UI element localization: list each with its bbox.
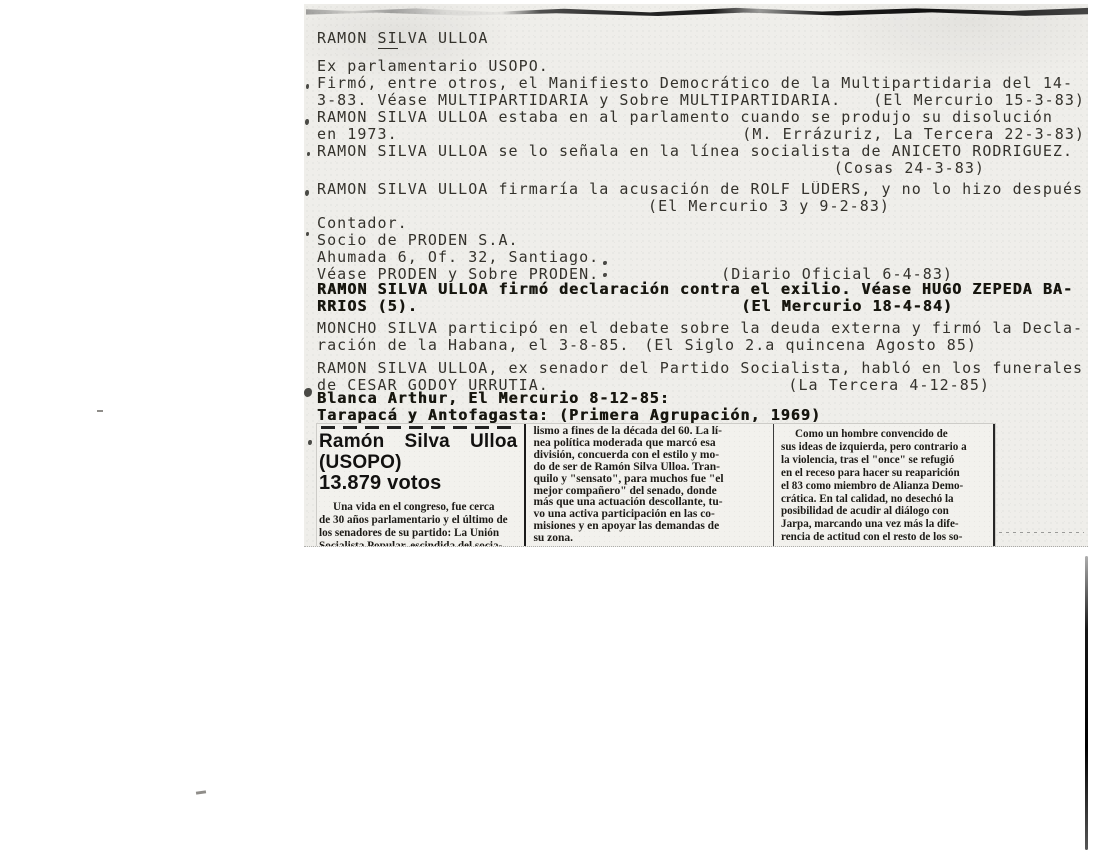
typed-paragraph: RAMON SILVA ULLOA firmó declaración cont…: [317, 281, 1085, 315]
typed-line-text: RAMON SILVA ULLOA se lo señala en la lín…: [317, 143, 1073, 160]
scan-speck: [305, 190, 309, 196]
clipping-body-line: misiones y en apoyar las demandas de: [533, 521, 766, 533]
typed-line: RAMON SILVA ULLOA firmó declaración cont…: [317, 281, 1085, 298]
clipping-body-line: el 83 como miembro de Alianza Demo-: [781, 480, 989, 493]
clipping-headline-party: (USOPO): [319, 452, 519, 473]
typed-paragraphs: Ex parlamentario USOPO.Firmó, entre otro…: [317, 58, 1085, 424]
headline-word: Ramón: [319, 431, 384, 452]
scan-dotted-line: [992, 532, 1084, 533]
clipping-body-line: vo una activa participación en las co-: [533, 509, 766, 521]
clipping-body-line: quilo y "sensato", para muchos fue "el: [533, 474, 766, 486]
typed-line: Ahumada 6, Of. 32, Santiago.: [317, 249, 1085, 266]
clipping-body-line: do de ser de Ramón Silva Ulloa. Tran-: [533, 462, 766, 474]
scan-speck: [306, 232, 309, 236]
typed-line: en 1973.(M. Errázuriz, La Tercera 22-3-8…: [317, 126, 1085, 143]
clipping-body-line: Socialista Popular, escindida del socia-: [319, 540, 519, 547]
typed-line: RAMON SILVA ULLOA estaba en al parlament…: [317, 109, 1085, 126]
typed-line: (Cosas 24-3-83): [317, 160, 1085, 177]
clipping-body-line: su zona.: [533, 533, 766, 545]
title-underlined: SI: [378, 29, 398, 49]
clipping-right-body: Como un hombre convencido desus ideas de…: [781, 428, 989, 544]
typed-paragraph: RAMON SILVA ULLOA firmaría la acusación …: [317, 181, 1085, 215]
typed-paragraph: MONCHO SILVA participó en el debate sobr…: [317, 320, 1085, 354]
clipping-left-body: Una vida en el congreso, fue cercade 30 …: [319, 501, 519, 547]
typed-line: RAMON SILVA ULLOA se lo señala en la lín…: [317, 143, 1085, 160]
typed-line-text: Blanca Arthur, El Mercurio 8-12-85:: [317, 390, 670, 407]
headline-word: Silva: [405, 431, 450, 452]
typed-line-text: RAMON SILVA ULLOA firmó declaración cont…: [317, 281, 1073, 298]
typed-line-text: Ex parlamentario USOPO.: [317, 58, 549, 75]
typed-line-text: Ahumada 6, Of. 32, Santiago.: [317, 249, 599, 266]
typed-line-citation: (Cosas 24-3-83): [834, 160, 985, 177]
typed-line-text: 3-83. Véase MULTIPARTIDARIA y Sobre MULT…: [317, 92, 841, 109]
clipping-cut-text-fragment: [321, 426, 515, 429]
typed-paragraph: RAMON SILVA ULLOA, ex senador del Partid…: [317, 360, 1085, 394]
title-pre: RAMON: [317, 29, 378, 47]
scan-speck: [308, 440, 312, 445]
clipping-body-line: crática. En tal calidad, no desechó la: [781, 493, 989, 506]
clipping-middle-body: lismo a fines de la década del 60. La lí…: [533, 426, 766, 545]
typed-line: ración de la Habana, el 3-8-85.(El Siglo…: [317, 337, 1085, 354]
clipping-right-column: Como un hombre convencido desus ideas de…: [774, 424, 995, 547]
page-mark: [196, 790, 206, 794]
typed-line-citation: (El Mercurio 15-3-83): [873, 92, 1085, 109]
typed-line: 3-83. Véase MULTIPARTIDARIA y Sobre MULT…: [317, 92, 1085, 109]
typed-line-citation: (El Siglo 2.a quincena Agosto 85): [644, 337, 977, 354]
clipping-body-line: división, concuerda con el estilo y mo-: [533, 450, 766, 462]
typed-line-citation: (El Mercurio 18-4-84): [741, 298, 953, 315]
typed-line-citation: (M. Errázuriz, La Tercera 22-3-83): [742, 126, 1085, 143]
clipping-body-line: los senadores de su partido: La Unión: [319, 527, 519, 540]
typed-line: Ex parlamentario USOPO.: [317, 58, 1085, 75]
typed-paragraph: Ex parlamentario USOPO.Firmó, entre otro…: [317, 58, 1085, 177]
clipping-body-line: más que una actuación descollante, tu-: [533, 497, 766, 509]
typed-line-text: en 1973.: [317, 126, 398, 143]
scan-speck: [305, 119, 309, 125]
clipping-body-line: nea política moderada que marcó esa: [533, 438, 766, 450]
typed-line: MONCHO SILVA participó en el debate sobr…: [317, 320, 1085, 337]
scan-speck: [304, 388, 312, 397]
typed-line-text: RRIOS (5).: [317, 298, 418, 315]
typed-line: Socio de PRODEN S.A.: [317, 232, 1085, 249]
typed-line-text: ración de la Habana, el 3-8-85.: [317, 337, 630, 354]
typed-document: RAMON SILVA ULLOA Ex parlamentario USOPO…: [317, 4, 1085, 424]
clipping-body-line: Jarpa, marcando una vez más la dife-: [781, 518, 989, 531]
typed-line-text: MONCHO SILVA participó en el debate sobr…: [317, 320, 1083, 337]
typed-line: Tarapacá y Antofagasta: (Primera Agrupac…: [317, 407, 1085, 424]
typed-paragraph: Contador.Socio de PRODEN S.A.Ahumada 6, …: [317, 215, 1085, 283]
title-rest: LVA ULLOA: [398, 29, 489, 47]
page-right-vertical-line: [1085, 556, 1088, 850]
clipping-body-line: lismo a fines de la década del 60. La lí…: [533, 426, 766, 438]
scan-speck: [306, 84, 309, 89]
typed-line: RAMON SILVA ULLOA firmaría la acusación …: [317, 181, 1085, 198]
scan-speck: [307, 152, 310, 156]
clipping-body-line: posibilidad de acudir al diálogo con: [781, 505, 989, 518]
typed-line-text: Tarapacá y Antofagasta: (Primera Agrupac…: [317, 407, 821, 424]
typed-line-text: RAMON SILVA ULLOA, ex senador del Partid…: [317, 360, 1083, 377]
clipping-left-column: RamónSilvaUlloa (USOPO) 13.879 votos Una…: [317, 424, 526, 547]
clipping-body-line: en el receso para hacer su reaparición: [781, 467, 989, 480]
typed-line: RAMON SILVA ULLOA, ex senador del Partid…: [317, 360, 1085, 377]
clipping-body-line: mejor compañero" del senado, donde: [533, 486, 766, 498]
typed-line: RRIOS (5).(El Mercurio 18-4-84): [317, 298, 1085, 315]
clipping-headline-votes: 13.879 votos: [319, 473, 519, 494]
typed-line-text: RAMON SILVA ULLOA firmaría la acusación …: [317, 181, 1083, 198]
document-title: RAMON SILVA ULLOA: [317, 30, 1085, 48]
clipping-body-line: Como un hombre convencido de: [781, 428, 989, 441]
clipping-body-line: Una vida en el congreso, fue cerca: [319, 501, 519, 514]
clipping-body-line: de 30 años parlamentario y el último de: [319, 514, 519, 527]
typed-line: (El Mercurio 3 y 9-2-83): [317, 198, 1085, 215]
headline-word: Ulloa: [470, 431, 517, 452]
clipping-body-line: la violencia, tras el "once" se refugió: [781, 454, 989, 467]
typed-line: Contador.: [317, 215, 1085, 232]
typed-line-text: RAMON SILVA ULLOA estaba en al parlament…: [317, 109, 1053, 126]
typed-line: Firmó, entre otros, el Manifiesto Democr…: [317, 75, 1085, 92]
scanned-sheet: RAMON SILVA ULLOA Ex parlamentario USOPO…: [304, 4, 1088, 547]
clipping-headline: RamónSilvaUlloa: [319, 431, 519, 452]
clipping-middle-column: lismo a fines de la década del 60. La lí…: [526, 424, 774, 547]
typed-line-text: Socio de PRODEN S.A.: [317, 232, 519, 249]
typed-line-citation: (La Tercera 4-12-85): [788, 377, 990, 394]
typed-paragraph: Blanca Arthur, El Mercurio 8-12-85:Tarap…: [317, 390, 1085, 424]
clipping-body-line: rencia de actitud con el resto de los so…: [781, 531, 989, 544]
clipping-body-line: sus ideas de izquierda, pero contrario a: [781, 441, 989, 454]
typed-line-text: Contador.: [317, 215, 408, 232]
typed-line-citation: (El Mercurio 3 y 9-2-83): [648, 198, 890, 215]
page-mark: [97, 410, 103, 412]
page: { "document": { "kind": "scanned typewri…: [0, 0, 1100, 850]
newspaper-clipping: RamónSilvaUlloa (USOPO) 13.879 votos Una…: [317, 424, 995, 547]
typed-line-text: Firmó, entre otros, el Manifiesto Democr…: [317, 75, 1073, 92]
